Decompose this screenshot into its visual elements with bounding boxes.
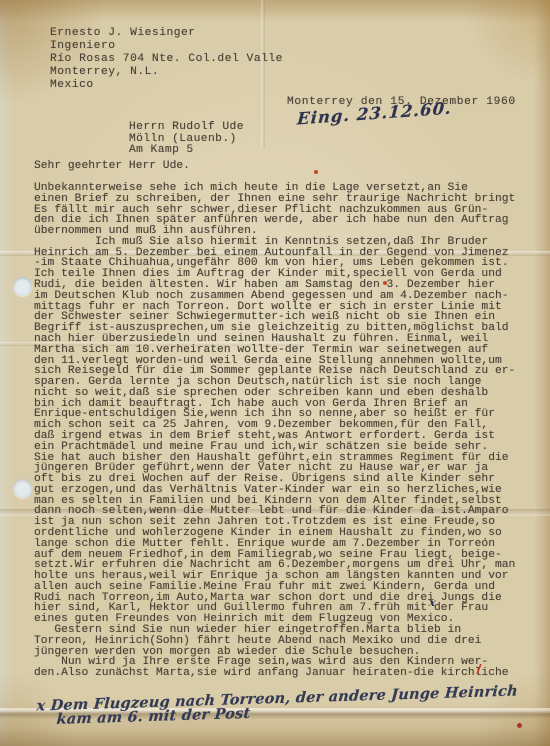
- punch-hole-top: [13, 277, 32, 296]
- red-dot-salutation-area: [314, 170, 318, 174]
- letter-body: Unbekannterweise sehe ich mich heute in …: [34, 183, 515, 679]
- punch-hole-bottom: [13, 479, 32, 498]
- salutation: Sehr geehrter Herr Ude.: [34, 160, 190, 172]
- red-dot-bottom-right: [517, 723, 522, 728]
- red-dot-date-correction: [383, 281, 387, 285]
- handwritten-annotation: x Dem Flugzeug nach Torreon, der andere …: [35, 684, 518, 726]
- scanned-letter-page: Ernesto J. Wiesinger Ingeniero Río Rosas…: [0, 0, 550, 746]
- recipient-address-block: Herrn Rudolf Ude Mölln (Lauenb.) Am Kamp…: [129, 122, 244, 157]
- sender-address-block: Ernesto J. Wiesinger Ingeniero Río Rosas…: [50, 27, 283, 92]
